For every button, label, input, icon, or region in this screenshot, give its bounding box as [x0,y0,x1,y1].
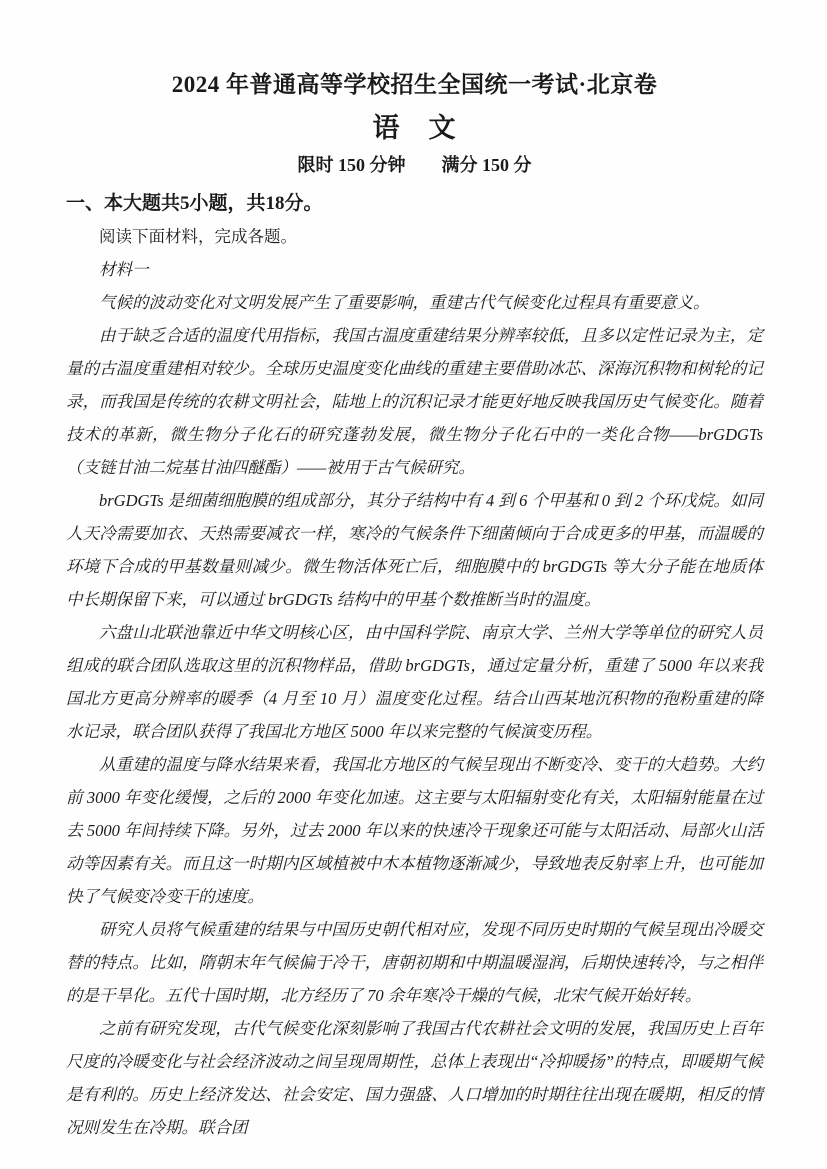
material-paragraph-7: 之前有研究发现，古代气候变化深刻影响了我国古代农耕社会文明的发展，我国历史上百年… [66,1012,763,1144]
full-score-label: 满分 150 分 [442,153,532,178]
section-one-heading: 一、本大题共5小题，共18分。 [66,187,763,220]
material-paragraph-5: 从重建的温度与降水结果来看，我国北方地区的气候呈现出不断变冷、变干的大趋势。大约… [66,748,763,913]
material-paragraph-3: brGDGTs 是细菌细胞膜的组成部分，其分子结构中有 4 到 6 个甲基和 0… [66,484,763,616]
material-paragraph-4: 六盘山北联池靠近中华文明核心区，由中国科学院、南京大学、兰州大学等单位的研究人员… [66,616,763,748]
material-paragraph-2: 由于缺乏合适的温度代用指标，我国古温度重建结果分辨率较低，且多以定性记录为主，定… [66,319,763,484]
exam-title: 2024 年普通高等学校招生全国统一考试·北京卷 [66,71,763,99]
material-one-label: 材料一 [66,253,763,286]
exam-document-page: 2024 年普通高等学校招生全国统一考试·北京卷 语 文 限时 150 分钟 满… [0,0,827,1169]
reading-instruction: 阅读下面材料，完成各题。 [66,220,763,253]
material-paragraph-6: 研究人员将气候重建的结果与中国历史朝代相对应，发现不同历史时期的气候呈现出冷暖交… [66,913,763,1012]
exam-info-row: 限时 150 分钟 满分 150 分 [66,153,763,178]
exam-subject: 语 文 [66,112,763,145]
material-paragraph-1: 气候的波动变化对文明发展产生了重要影响，重建古代气候变化过程具有重要意义。 [66,286,763,319]
time-limit-label: 限时 150 分钟 [298,153,406,178]
